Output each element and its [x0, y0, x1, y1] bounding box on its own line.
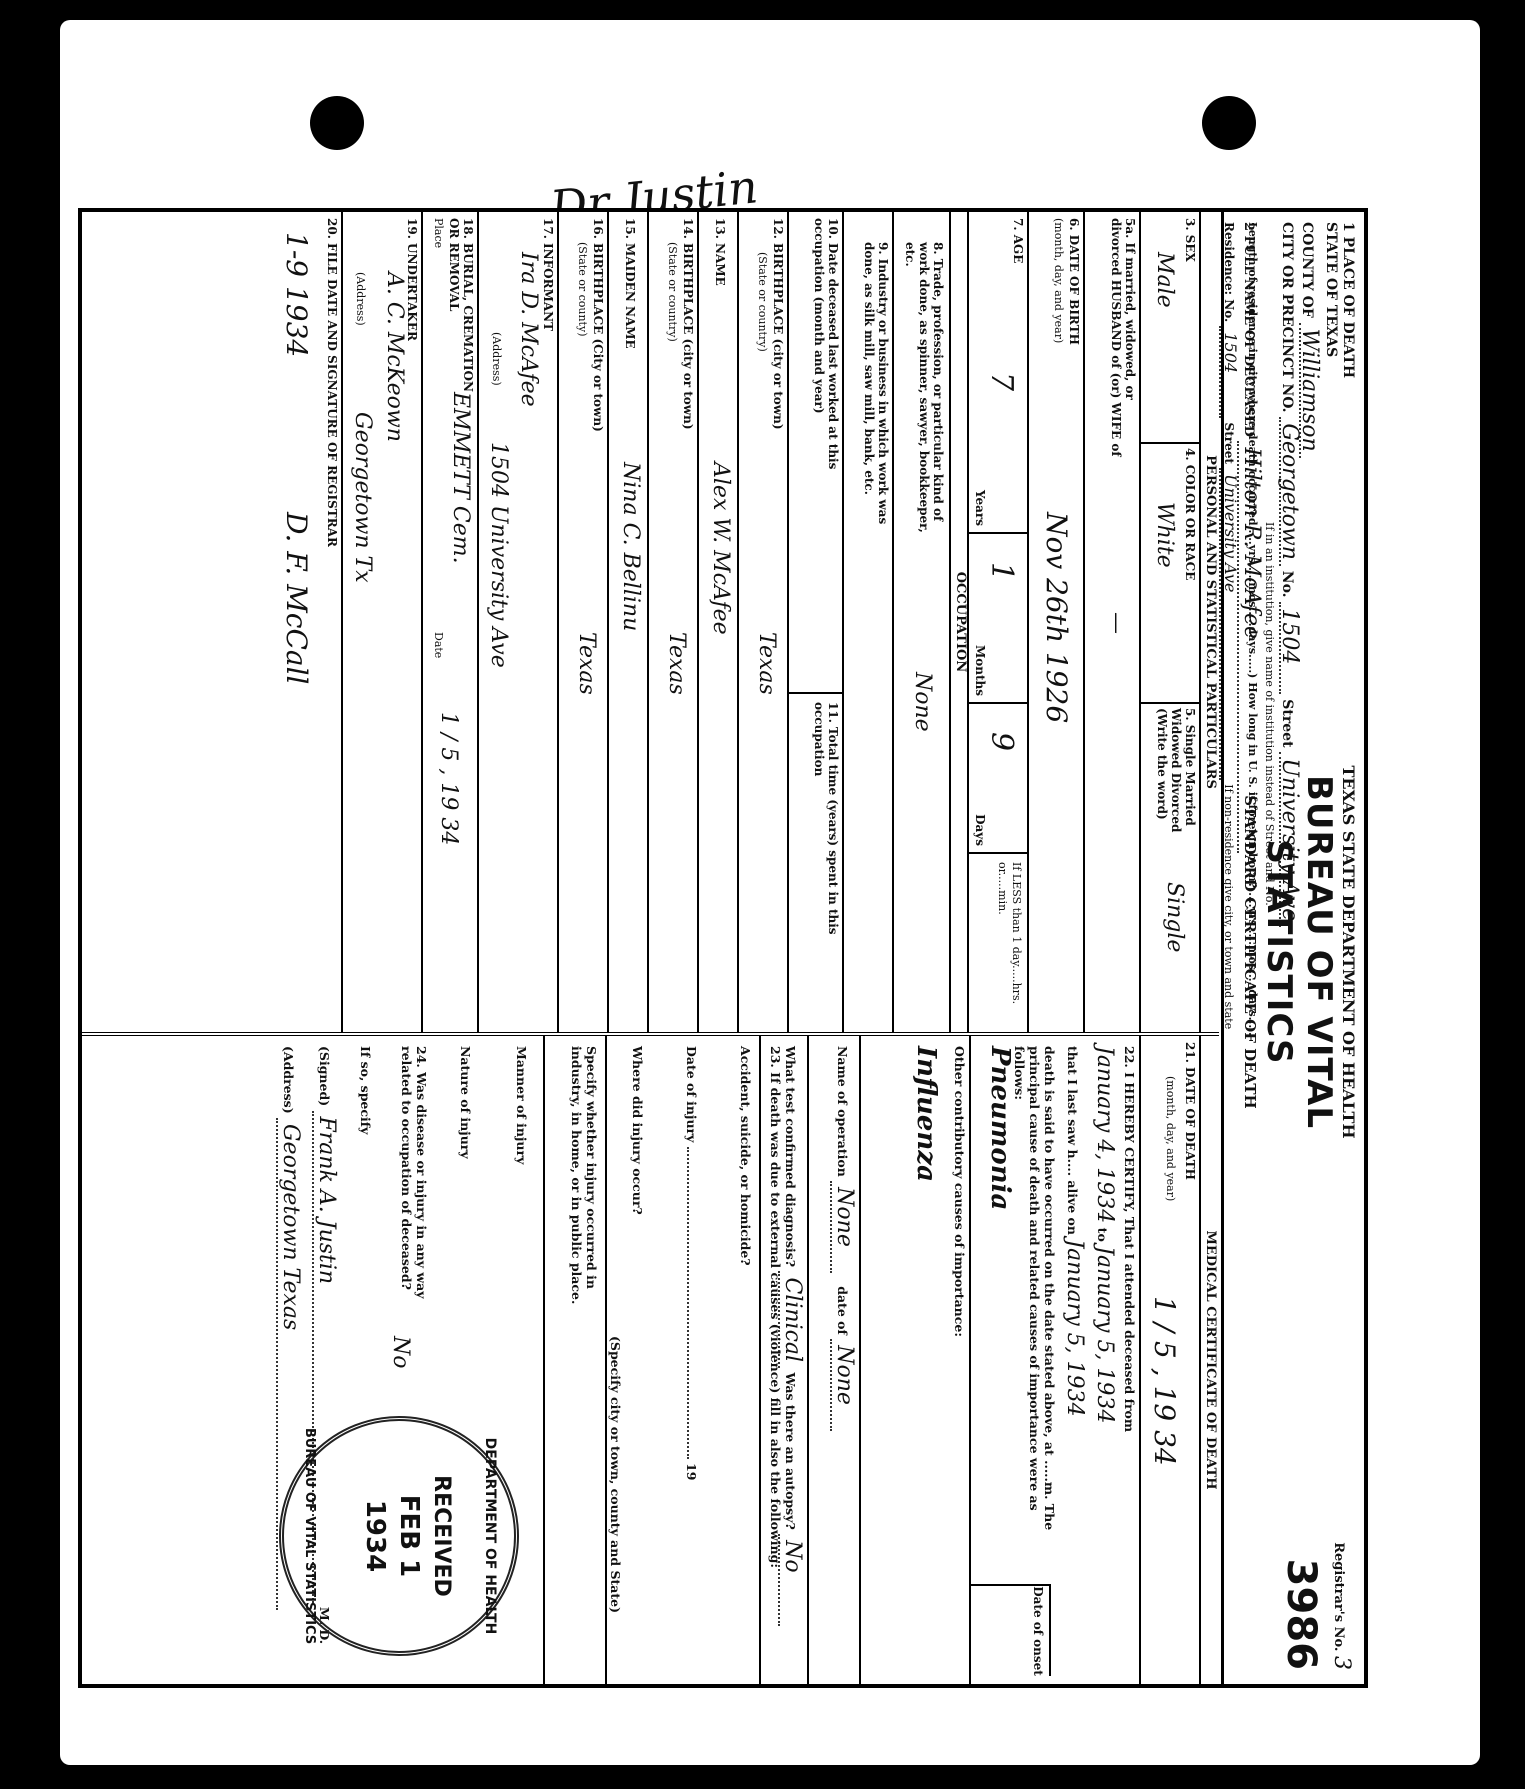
- form-wrapper: 1 PLACE OF DEATH STATE OF TEXAS COUNTY O…: [78, 208, 1368, 1688]
- contributory-value: Influenza: [911, 1046, 941, 1674]
- mother-birthplace-label: 16. BIRTHPLACE (City or town): [591, 218, 605, 432]
- years-cell: 7Years: [969, 302, 1029, 534]
- physician-address-label: (Address): [281, 1046, 296, 1114]
- totaltime-label: 11. Total time (years) spent in this occ…: [812, 702, 840, 1002]
- birthplace-label: 12. BIRTHPLACE (city or town): [771, 218, 785, 430]
- days-cell: 9Days: [969, 702, 1029, 854]
- months-value: 1: [984, 562, 1019, 581]
- trade-label: 8. Trade, profession, or particular kind…: [903, 242, 945, 542]
- mother-maiden-label: 15. MAIDEN NAME: [623, 218, 637, 349]
- lastworked-label: 10. Date deceased last worked at this oc…: [812, 218, 840, 518]
- informant-label: 17. INFORMANT: [541, 218, 555, 331]
- no-value: 1504: [1279, 602, 1298, 694]
- industry-row: 9. Industry or business in which work wa…: [842, 212, 894, 1032]
- dob-label: 6. DATE OF BIRTH: [1067, 218, 1081, 345]
- operation-row: Name of operation None date of None: [807, 1036, 861, 1684]
- residence-line: Residence: No. 1504 Street University Av…: [1219, 222, 1240, 1029]
- nonresidence-note: If non-residence give city, or town and …: [1222, 784, 1235, 1029]
- county-label: COUNTY OF: [1299, 222, 1315, 318]
- registrar-signature: D. F. McCall: [280, 512, 313, 685]
- race-value: White: [1152, 502, 1177, 568]
- form-columns: PERSONAL AND STATISTICAL PARTICULARS 3. …: [82, 212, 1219, 1684]
- last-saw-value: January 5, 1934: [1062, 1239, 1087, 1416]
- undertaker-label: 19. UNDERTAKER: [405, 218, 419, 341]
- residence-street: University Ave: [1219, 468, 1240, 780]
- stamp-month: FEB: [394, 1495, 424, 1550]
- specify-row: Specify whether injury occurred in indus…: [543, 1036, 607, 1684]
- birthplace-value: Texas: [754, 632, 779, 695]
- stamp-received: RECEIVED: [429, 1421, 454, 1651]
- spouse-label: 5a. If married, widowed, or divorced HUS…: [1109, 218, 1137, 458]
- contributory-label: Other contributory causes of importance:: [952, 1046, 967, 1674]
- city-label: CITY OR PRECINCT NO.: [1279, 222, 1295, 412]
- personal-section-title: PERSONAL AND STATISTICAL PARTICULARS: [1199, 212, 1219, 1032]
- burial-label: 18. BURIAL, CREMATION OR REMOVAL: [447, 218, 475, 398]
- operation-value: None: [830, 1181, 857, 1273]
- residence-no: 1504: [1219, 326, 1240, 418]
- less-than-day-label: If LESS than 1 day.....hrs. or.....min.: [995, 862, 1023, 1022]
- months-cell: 1Months: [969, 532, 1029, 704]
- test-label: What test confirmed diagnosis?: [783, 1046, 798, 1267]
- death-certificate-form: 1 PLACE OF DEATH STATE OF TEXAS COUNTY O…: [78, 208, 1368, 1688]
- occupation-related-value: No: [388, 1336, 413, 1369]
- attended-from: January 4, 1934: [1092, 1046, 1117, 1223]
- principal-cause: Pneumonia: [985, 1046, 1015, 1674]
- age-row: 7. AGE 7Years 1Months 9Days If LESS than…: [967, 212, 1029, 1032]
- sex-value: Male: [1152, 252, 1177, 308]
- age-label: 7. AGE: [1011, 218, 1025, 263]
- medical-certificate: MEDICAL CERTIFICATE OF DEATH 21. DATE OF…: [82, 1036, 1219, 1684]
- mother-birthplace-value: Texas: [574, 632, 599, 695]
- undertaker-address-label: (Address): [353, 272, 367, 326]
- accident-label: Accident, suicide, or homicide?: [738, 1046, 753, 1674]
- test-row: What test confirmed diagnosis? Clinical …: [759, 1036, 809, 1684]
- informant-address-label: (Address): [489, 332, 503, 386]
- informant-value: Ira D. McAfee: [516, 252, 541, 407]
- file-date-row: 20. FILE DATE AND SIGNATURE OF REGISTRAR…: [253, 212, 343, 1032]
- certificate-number: 3986: [1278, 1559, 1324, 1670]
- last-saw-label: that I last saw h.... alive on: [1065, 1046, 1080, 1235]
- specify-label: Specify whether injury occurred in indus…: [569, 1046, 599, 1326]
- months-label: Months: [973, 645, 987, 696]
- marital-value: Single: [1162, 882, 1187, 952]
- sex-label: 3. SEX: [1183, 218, 1197, 262]
- race-label: 4. COLOR OR RACE: [1183, 448, 1197, 580]
- mother-birthplace-sub: (State or county): [575, 242, 589, 337]
- punch-hole: [310, 96, 364, 150]
- days-label: Days: [973, 814, 987, 846]
- burial-place-value: EMMETT Cem.: [448, 392, 473, 564]
- file-date-value: 1-9 1934: [280, 232, 313, 357]
- attended-to: January 5, 1934: [1092, 1246, 1117, 1423]
- father-birthplace-sub: (State or country): [665, 242, 679, 342]
- birthplace-sub: (State or country): [755, 252, 769, 352]
- full-name-label: 2 FULL NAME OF DECEASED: [1241, 222, 1256, 437]
- stamp-date: FEB 1: [394, 1421, 424, 1651]
- registrar-label: Registrar's No.: [1331, 1542, 1346, 1651]
- operation-date-label: date of: [835, 1286, 850, 1335]
- undertaker-address-value: Georgetown Tx: [350, 412, 375, 583]
- years-label: Years: [973, 490, 987, 526]
- no-label: No.: [1279, 571, 1295, 598]
- injury-date-year: 19: [684, 1463, 699, 1480]
- occupation-title: OCCUPATION: [949, 212, 969, 1032]
- mother-maiden-row: 15. MAIDEN NAME Nina C. Bellinu: [607, 212, 649, 1032]
- industry-label: 9. Industry or business in which work wa…: [862, 242, 890, 542]
- signed-label: (Signed): [317, 1046, 332, 1106]
- registrar-number: Registrar's No. 3: [1329, 1542, 1354, 1670]
- dod-row: 21. DATE OF DEATH (month, day, and year)…: [1139, 1036, 1201, 1684]
- race-cell: 4. COLOR OR RACEWhite: [1141, 442, 1201, 704]
- father-name-value: Alex W. McAfee: [708, 462, 733, 635]
- stamp-day: 1: [394, 1559, 424, 1577]
- city-value: Georgetown: [1279, 417, 1298, 566]
- manner-label: Manner of injury: [514, 1046, 529, 1674]
- marital-label: 5. Single Married Widowed Divorced (Writ…: [1155, 708, 1197, 858]
- punch-hole: [1202, 96, 1256, 150]
- father-birthplace-value: Texas: [664, 632, 689, 695]
- personal-particulars: PERSONAL AND STATISTICAL PARTICULARS 3. …: [82, 212, 1219, 1036]
- certify-text: 22. I HEREBY CERTIFY, That I attended de…: [1122, 1046, 1137, 1674]
- full-name-value: Hilton R. McAfee: [1237, 441, 1264, 853]
- burial-row: 18. BURIAL, CREMATION OR REMOVAL Place E…: [421, 212, 479, 1032]
- registrar-value: 3: [1329, 1656, 1354, 1670]
- father-birthplace-label: 14. BIRTHPLACE (city or town): [681, 218, 695, 430]
- received-stamp: DEPARTMENT OF HEALTH RECEIVED FEB 1 1934…: [279, 1416, 519, 1656]
- dod-value: 1 / 5 , 19 34: [1148, 1296, 1181, 1466]
- residence-street-label: Street: [1222, 423, 1236, 464]
- file-label: 20. FILE DATE AND SIGNATURE OF REGISTRAR: [325, 218, 339, 547]
- dept-title: TEXAS STATE DEPARTMENT OF HEALTH: [1339, 692, 1358, 1212]
- mother-maiden-value: Nina C. Bellinu: [618, 462, 643, 631]
- external-causes-label: 23. If death was due to external causes …: [768, 1046, 783, 1674]
- informant-address-value: 1504 University Ave: [486, 442, 511, 668]
- dob-value: Nov 26th 1926: [1040, 512, 1073, 723]
- undertaker-value: A. C. McKeown: [382, 272, 407, 442]
- spouse-value: —: [1104, 612, 1129, 634]
- years-value: 7: [984, 372, 1019, 391]
- sex-race-marital-row: 3. SEXMale 4. COLOR OR RACEWhite 5. Sing…: [1139, 212, 1201, 1032]
- dob-row: 6. DATE OF BIRTH (month, day, and year) …: [1027, 212, 1085, 1032]
- stamp-bottom-text: BUREAU OF VITAL STATISTICS: [302, 1421, 317, 1651]
- certify-block: 22. I HEREBY CERTIFY, That I attended de…: [969, 1036, 1141, 1684]
- occupation-related-label: 24. Was disease or injury in any way rel…: [399, 1046, 429, 1326]
- mother-birthplace-row: 16. BIRTHPLACE (City or town) (State or …: [557, 212, 609, 1032]
- dod-sub: (month, day, and year): [1163, 1076, 1177, 1201]
- dod-label: 21. DATE OF DEATH: [1183, 1042, 1197, 1180]
- autopsy-label: Was there an autopsy?: [783, 1372, 798, 1529]
- lastworked-row: 10. Date deceased last worked at this oc…: [787, 212, 844, 1032]
- spouse-row: 5a. If married, widowed, or divorced HUS…: [1083, 212, 1141, 1032]
- birthplace-row: 12. BIRTHPLACE (city or town) (State or …: [737, 212, 789, 1032]
- injury-date-label: Date of injury: [684, 1046, 699, 1142]
- operation-label: Name of operation: [835, 1046, 850, 1177]
- father-name-label: 13. NAME: [713, 218, 727, 286]
- lastworked-cell: 10. Date deceased last worked at this oc…: [789, 212, 844, 694]
- days-value: 9: [984, 732, 1019, 751]
- father-birthplace-row: 14. BIRTHPLACE (city or town) (State or …: [647, 212, 699, 1032]
- burial-date-value: 1 / 5 , 19 34: [436, 712, 461, 845]
- residence-label: Residence: No.: [1222, 222, 1236, 322]
- informant-row: 17. INFORMANT Ira D. McAfee (Address) 15…: [477, 212, 559, 1032]
- occupation-block: OCCUPATION 8. Trade, profession, or part…: [789, 212, 969, 1032]
- undertaker-row: 19. UNDERTAKER A. C. McKeown (Address) G…: [341, 212, 423, 1032]
- death-said-text: death is said to have occurred on the da…: [1012, 1046, 1057, 1564]
- bureau-title: BUREAU OF VITAL STATISTICS: [1259, 692, 1339, 1212]
- where-injury-label: Where did injury occur?: [630, 1046, 645, 1674]
- marital-cell: 5. Single Married Widowed Divorced (Writ…: [1141, 702, 1201, 1032]
- burial-place-label: Place: [431, 218, 445, 248]
- stamp-top-text: DEPARTMENT OF HEALTH: [482, 1421, 498, 1651]
- father-name-row: 13. NAME Alex W. McAfee: [697, 212, 739, 1032]
- burial-date-label: Date: [431, 632, 445, 658]
- onset-label: Date of onset: [969, 1584, 1051, 1676]
- stamp-year: 1934: [360, 1421, 390, 1651]
- full-name-line: 2 FULL NAME OF DECEASED Hilton R. McAfee: [1237, 222, 1264, 853]
- medical-section-title: MEDICAL CERTIFICATE OF DEATH: [1199, 1036, 1219, 1684]
- where-injury-sub: (Specify city or town, county and State): [608, 1336, 623, 1674]
- trade-value: None: [910, 672, 935, 732]
- operation-date-value: None: [830, 1339, 857, 1431]
- contributory-row: Other contributory causes of importance:…: [859, 1036, 971, 1684]
- sex-cell: 3. SEXMale: [1141, 212, 1201, 444]
- dob-sub: (month, day, and year): [1051, 218, 1065, 343]
- trade-row: 8. Trade, profession, or particular kind…: [892, 212, 949, 1032]
